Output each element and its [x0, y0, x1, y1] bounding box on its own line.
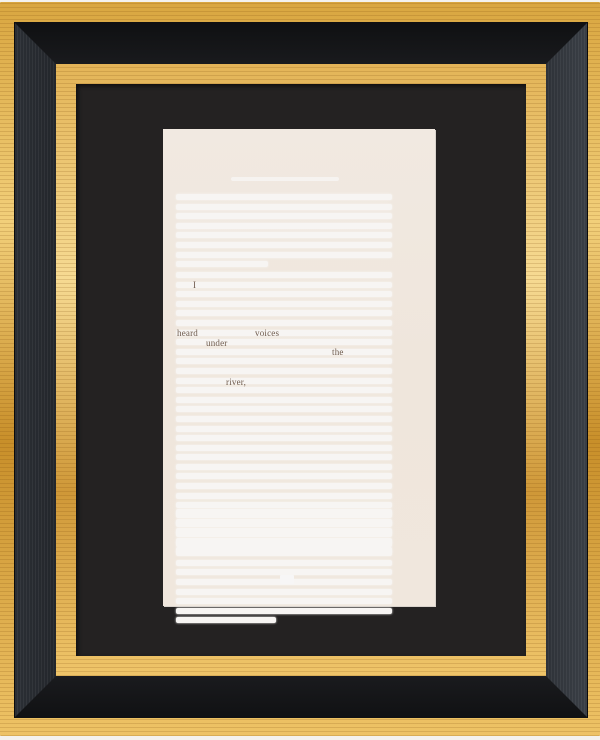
erased-heading [231, 177, 339, 181]
erased-paragraph-1 [176, 194, 392, 271]
poem-word-heard: heard [177, 328, 198, 338]
poem-word-i: I [193, 280, 196, 290]
erased-paragraph-2 [176, 272, 392, 627]
poem-word-the: the [332, 347, 344, 357]
erased-page-number [280, 575, 294, 584]
erased-paragraph-3 [176, 509, 392, 557]
poem-word-river: river, [226, 377, 246, 387]
poem-word-under: under [206, 338, 228, 348]
picture-frame: I heard voices under the river, [0, 0, 600, 738]
book-page: I heard voices under the river, [163, 129, 435, 606]
poem-word-voices: voices [255, 328, 279, 338]
